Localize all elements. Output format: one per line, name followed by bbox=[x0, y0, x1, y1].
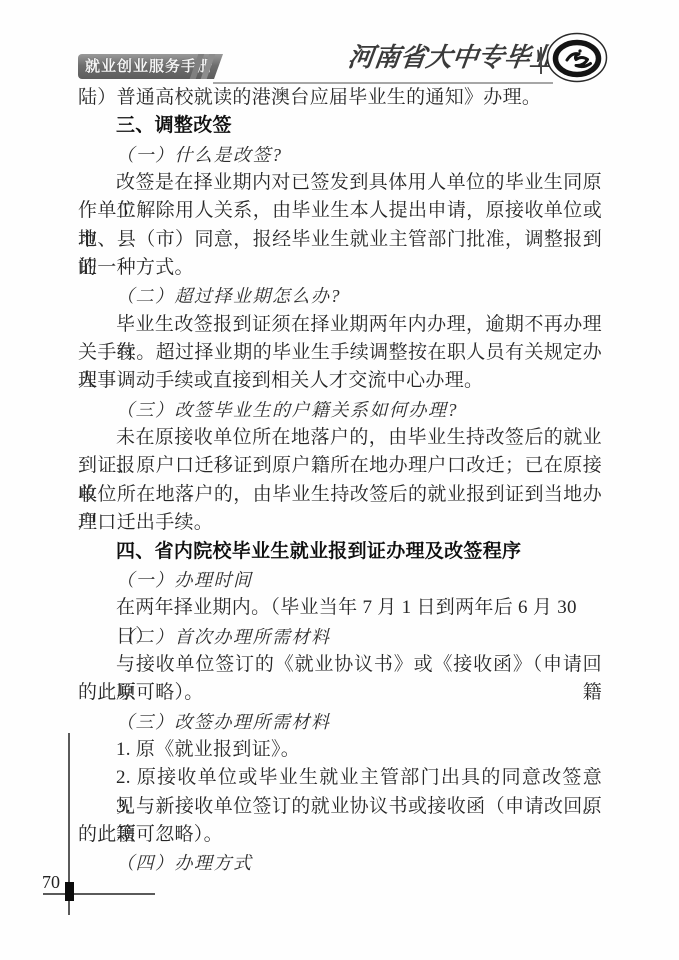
sub-heading: （三）改签办理所需材料 bbox=[78, 708, 602, 736]
footer-corner-mark bbox=[65, 882, 74, 901]
text-line: 在两年择业期内。（毕业当年 7 月 1 日到两年后 6 月 30 日） bbox=[78, 594, 602, 622]
text-line: 与接收单位签订的《就业协议书》或《接收函》（申请回原籍 bbox=[78, 651, 602, 679]
text-line: 陆）普通高校就读的港澳台应届毕业生的通知》办理。 bbox=[78, 84, 602, 112]
list-item: 3. 与新接收单位签订的就业协议书或接收函（申请改回原籍 bbox=[78, 793, 602, 821]
sub-heading: （二）首次办理所需材料 bbox=[78, 623, 602, 651]
graduates-seal-icon bbox=[546, 32, 608, 83]
text-line: 人事调动手续或直接到相关人才交流中心办理。 bbox=[78, 367, 602, 395]
text-line: 地、县（市）同意，报经毕业生就业主管部门批准，调整报到证 bbox=[78, 226, 602, 254]
brand-calligraphy: 河南省大中专毕业生 bbox=[346, 38, 543, 78]
sub-heading: （二）超过择业期怎么办? bbox=[78, 282, 602, 310]
document-page: 就业创业服务手册 河南省大中专毕业生 陆）普通高校就读的港澳台应届毕业生的通知》… bbox=[0, 0, 679, 960]
text-line: 的一种方式。 bbox=[78, 254, 602, 282]
footer-horizontal-rule bbox=[43, 893, 155, 895]
text-line: 关手续。超过择业期的毕业生手续调整按在职人员有关规定办理 bbox=[78, 339, 602, 367]
list-item: 1. 原《就业报到证》。 bbox=[78, 736, 602, 764]
text-line: 作单位解除用人关系，由毕业生本人提出申请，原接收单位或市 bbox=[78, 197, 602, 225]
section-heading: 三、调整改签 bbox=[78, 112, 602, 140]
text-line: 单位所在地落户的，由毕业生持改签后的就业报到证到当地办理 bbox=[78, 481, 602, 509]
sub-heading: （一）什么是改签? bbox=[78, 141, 602, 169]
sub-heading: （四）办理方式 bbox=[78, 849, 602, 877]
text-line: 改签是在择业期内对已签发到具体用人单位的毕业生同原工 bbox=[78, 169, 602, 197]
page-body: 陆）普通高校就读的港澳台应届毕业生的通知》办理。 三、调整改签 （一）什么是改签… bbox=[78, 84, 602, 878]
sub-heading: （三）改签毕业生的户籍关系如何办理? bbox=[78, 396, 602, 424]
text-line: 未在原接收单位所在地落户的，由毕业生持改签后的就业报 bbox=[78, 424, 602, 452]
text-line: 毕业生改签报到证须在择业期两年内办理，逾期不再办理有 bbox=[78, 311, 602, 339]
sub-heading: （一）办理时间 bbox=[78, 566, 602, 594]
page-number: 70 bbox=[42, 872, 60, 893]
text-line: 的此项可忽略）。 bbox=[78, 821, 602, 849]
section-heading: 四、省内院校毕业生就业报到证办理及改签程序 bbox=[78, 538, 602, 566]
text-line: 到证、原户口迁移证到原户籍所在地办理户口改迁；已在原接收 bbox=[78, 452, 602, 480]
brand-separator bbox=[540, 47, 542, 74]
list-item: 2. 原接收单位或毕业生就业主管部门出具的同意改签意见。 bbox=[78, 764, 602, 792]
text-line: 户口迁出手续。 bbox=[78, 509, 602, 537]
